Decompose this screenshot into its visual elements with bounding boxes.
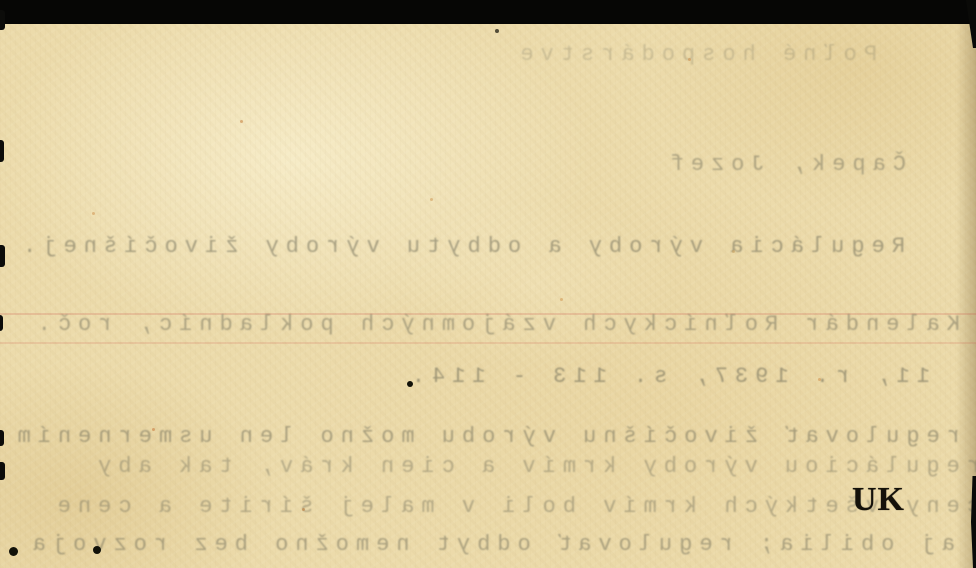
left-edge-mark — [0, 245, 5, 267]
left-edge-mark — [0, 315, 3, 331]
left-edge-mark — [0, 430, 4, 446]
mirrored-line-annotation-3: ceny všetkých krmív boli v malej šírite … — [8, 492, 976, 522]
paper-grain-texture — [0, 0, 976, 568]
ruled-line — [0, 342, 976, 344]
uk-library-stamp: UK — [852, 481, 905, 519]
ink-speck — [9, 547, 18, 556]
mirrored-line-subject-heading: Poľné hospodárstve — [505, 40, 877, 70]
left-edge-mark — [0, 140, 4, 162]
torn-top-edge — [0, 0, 976, 24]
mirrored-line-source: Kalendár Roľníckych vzájomných pokladníc… — [15, 310, 960, 340]
mirrored-line-author: Čapek, Jozef — [680, 150, 906, 180]
ink-speck — [407, 381, 413, 387]
ink-speck — [93, 546, 101, 554]
left-edge-mark — [0, 462, 5, 480]
mirrored-line-annotation-2: reguláciou výroby krmív a cien kráv, tak… — [60, 452, 976, 482]
mirrored-line-title: Regulácia výroby a odbytu výroby živočíš… — [15, 232, 905, 262]
ink-speck — [495, 29, 499, 33]
mirrored-line-annotation-4: aj obilia; regulovať odbyt nemožno bez r… — [25, 530, 955, 560]
mirrored-line-annotation-1: regulovať živočíšnu výrobu možno len usm… — [8, 422, 960, 452]
mirrored-line-source-cont: 11, r. 1937, s. 113 - 114. — [388, 362, 930, 392]
paper-specks — [0, 0, 3, 3]
left-edge-mark — [0, 10, 5, 30]
scanned-catalog-card: Poľné hospodárstve Čapek, Jozef Reguláci… — [0, 0, 976, 568]
